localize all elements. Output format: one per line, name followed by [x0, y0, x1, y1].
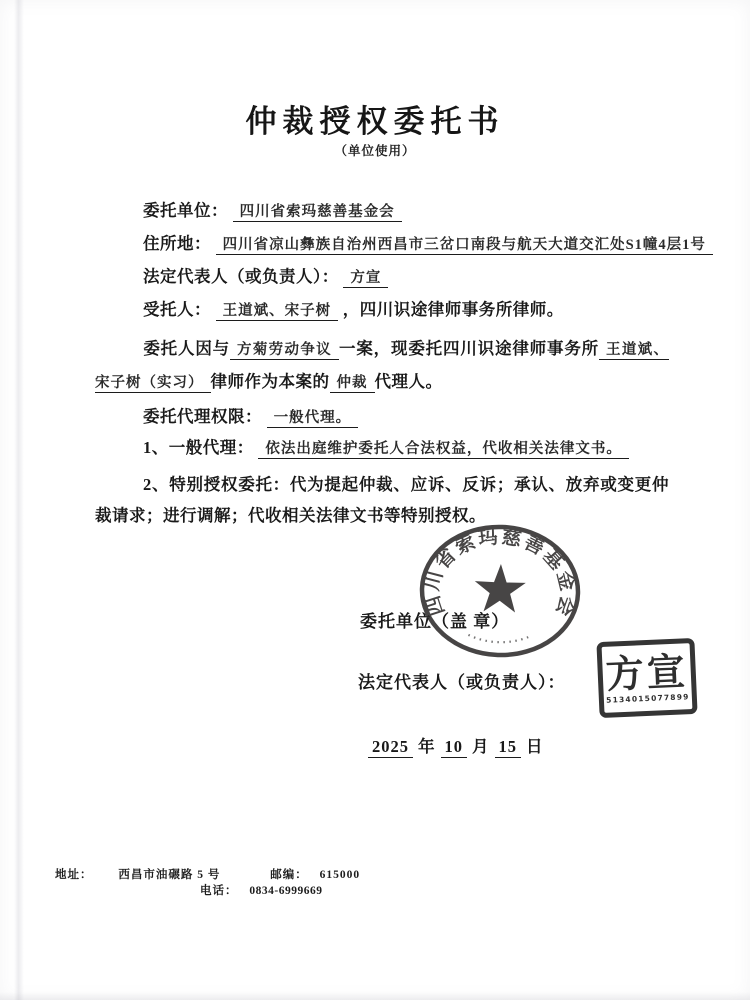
- authority-item1-label: 1、一般代理：: [143, 438, 254, 457]
- field-address: 住所地： 四川省凉山彝族自治州西昌市三岔口南段与航天大道交汇处S1幢4层1号: [95, 230, 665, 254]
- entrusting-unit-value: 四川省索玛慈善基金会: [233, 204, 402, 222]
- trustee-label: 受托人：: [143, 300, 211, 319]
- square-seal-name: 方宣: [605, 652, 689, 696]
- date-day-value: 15: [495, 737, 522, 758]
- entrusting-unit-label: 委托单位：: [143, 201, 228, 220]
- authority-item1-line: 1、一般代理： 依法出庭维护委托人合法权益，代收相关法律文书。: [95, 434, 665, 458]
- authority-scope-line: 委托代理权限： 一般代理。: [95, 403, 665, 427]
- footer-phone-line: 电话： 0834-6999669: [200, 882, 322, 898]
- case-part2: 一案，现委托四川识途律师事务所: [339, 339, 599, 358]
- footer-address-label: 地址：: [55, 869, 93, 881]
- trustee-suffix: ，四川识途律师事务所律师。: [343, 300, 564, 319]
- trustee-value: 王道斌、宋子树: [216, 303, 339, 321]
- authority-scope-label: 委托代理权限：: [143, 407, 262, 426]
- scan-edge-artifact-bottom: [0, 992, 750, 1000]
- footer-postcode-label: 邮编：: [270, 869, 308, 881]
- address-label: 住所地：: [143, 234, 211, 253]
- case-proceeding-type: 仲裁: [330, 375, 375, 393]
- date-month-char: 月: [472, 737, 490, 756]
- scanned-document-page: 仲裁授权委托书 （单位使用） 委托单位： 四川省索玛慈善基金会 住所地： 四川省…: [0, 0, 750, 1000]
- footer-phone-value: 0834-6999669: [249, 885, 322, 897]
- round-official-seal: 四川省索玛慈善基金会: [412, 517, 589, 665]
- signature-date: 2025年10月15日: [368, 733, 544, 757]
- signature-legal-rep-label: 法定代表人（或负责人）：: [358, 668, 566, 693]
- document-subtitle: （单位使用）: [0, 141, 750, 159]
- footer-phone-label: 电话：: [200, 885, 238, 897]
- square-name-seal: 方宣 5134015077899: [596, 638, 697, 718]
- case-part1: 委托人因与: [143, 339, 230, 358]
- authority-item1-value: 依法出庭维护委托人合法权益，代收相关法律文书。: [258, 441, 629, 459]
- field-legal-rep: 法定代表人（或负责人）： 方宣: [95, 263, 665, 287]
- field-entrusting-unit: 委托单位： 四川省索玛慈善基金会: [95, 197, 665, 221]
- case-part3: 律师作为本案的: [211, 372, 330, 391]
- authority-scope-value: 一般代理。: [267, 410, 359, 428]
- case-part4: 代理人。: [375, 372, 443, 391]
- legal-rep-value: 方宣: [343, 270, 388, 288]
- signature-unit-seal-label: 委托单位（盖 章）: [360, 607, 509, 632]
- date-day-char: 日: [526, 737, 544, 756]
- date-year-char: 年: [418, 737, 436, 756]
- authority-item2-text: 2、特别授权委托：代为提起仲裁、应诉、反诉；承认、放弃或变更仲裁请求；进行调解；…: [95, 475, 669, 525]
- legal-rep-label: 法定代表人（或负责人）：: [143, 267, 339, 286]
- field-trustee: 受托人： 王道斌、宋子树 ，四川识途律师事务所律师。: [95, 296, 665, 320]
- footer-address-value: 西昌市油碾路 5 号: [118, 869, 220, 881]
- date-year-value: 2025: [368, 737, 413, 758]
- footer-postcode-value: 615000: [320, 869, 361, 881]
- address-value: 四川省凉山彝族自治州西昌市三岔口南段与航天大道交汇处S1幢4层1号: [216, 237, 713, 255]
- document-title: 仲裁授权委托书: [0, 96, 750, 141]
- seal-ring: [420, 524, 580, 657]
- seal-bottom-microtext: [468, 635, 528, 643]
- case-paragraph: 委托人因与方菊劳动争议一案，现委托四川识途律师事务所王道斌、宋子树（实习）律师作…: [95, 333, 669, 399]
- date-month-value: 10: [441, 737, 468, 758]
- footer-address-line: 地址： 西昌市油碾路 5 号 邮编： 615000: [55, 866, 360, 882]
- case-name-value: 方菊劳动争议: [230, 342, 339, 360]
- seal-star-icon: [474, 563, 527, 613]
- authority-item2-paragraph: 2、特别授权委托：代为提起仲裁、应诉、反诉；承认、放弃或变更仲裁请求；进行调解；…: [95, 469, 669, 531]
